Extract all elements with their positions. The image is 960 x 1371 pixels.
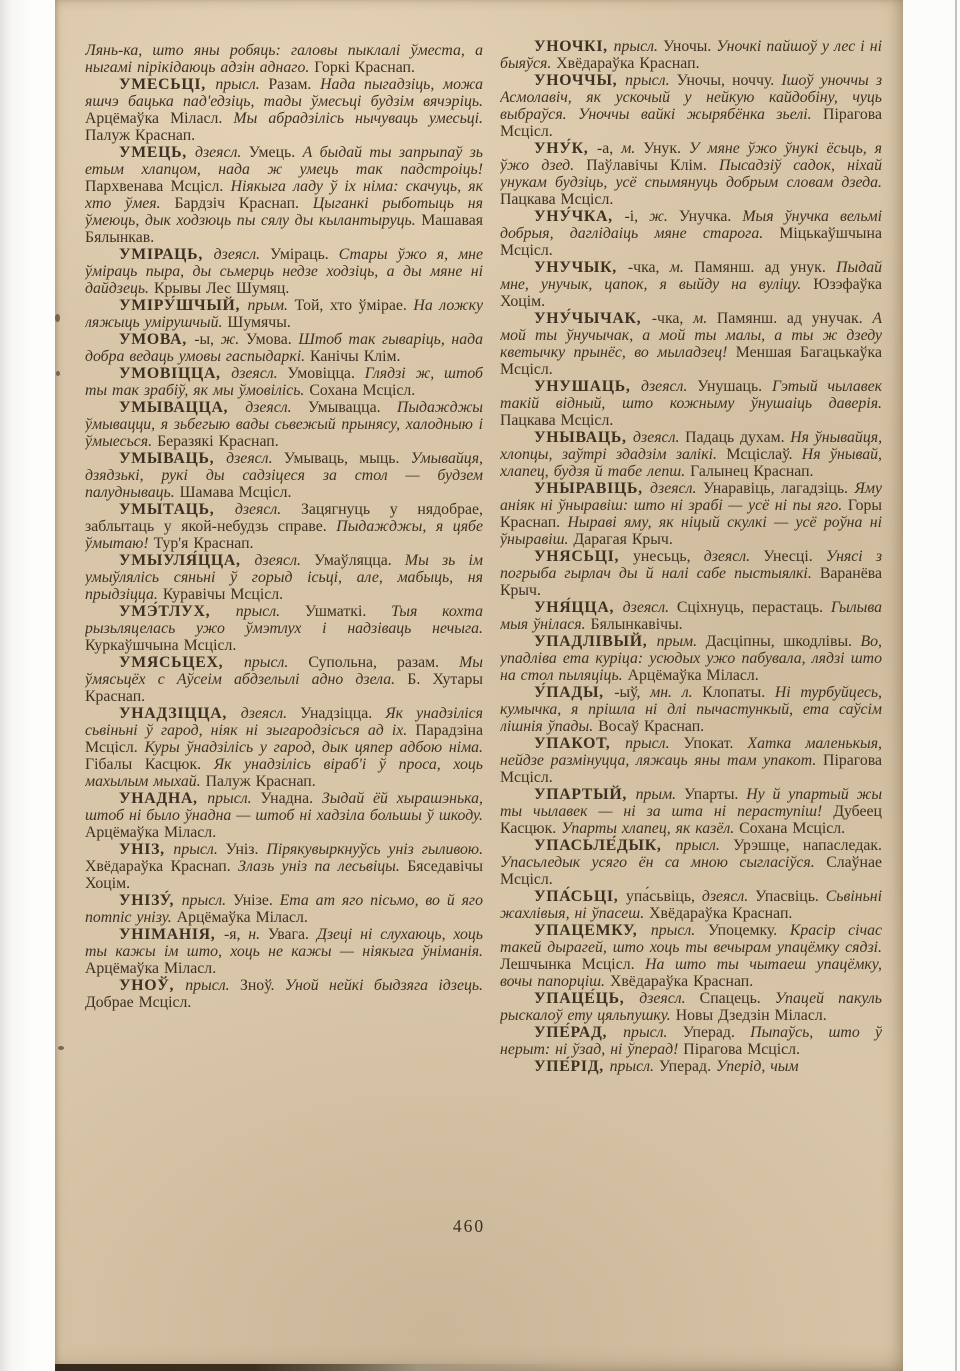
entry-text: прым. — [657, 633, 706, 650]
headword: УНУ́К, — [534, 140, 597, 157]
headword: УНІЗУ́, — [119, 892, 182, 909]
scan-speck — [56, 371, 60, 376]
headword: УМІРАЦЬ, — [119, 246, 214, 263]
headword: УНЫВАЦЬ, — [534, 429, 633, 446]
entry-text: Урэшце, напаследак. — [733, 837, 882, 854]
dictionary-entry: УНІМАНІЯ, -я, н. Увага. Дзеці ні слухаюц… — [85, 926, 483, 977]
entry-text: ж. — [221, 331, 246, 348]
entry-text: дзеясл. — [255, 552, 315, 569]
entry-text: Уперад. — [659, 1058, 716, 1075]
entry-text: Горкі Краснап. — [314, 59, 415, 76]
entry-text: Пацкава Мсцісл. — [500, 412, 613, 429]
dictionary-entry: УПЕ́РАД, прысл. Уперад. Пыпаўсь, што ў н… — [500, 1024, 882, 1058]
entry-text: Восаў Краснап. — [598, 718, 704, 735]
dictionary-entry: УМЫВАЦЬ, дзеясл. Умываць, мыць. Умывайця… — [85, 450, 483, 501]
headword: УМЯСЬЦЕХ, — [119, 654, 244, 671]
dictionary-entry: УНАДЗІЦЦА, дзеясл. Унадзіцца. Як унадзіл… — [85, 705, 483, 790]
entry-text: прысл. — [244, 654, 308, 671]
dictionary-entry: УНУ́ЧЫЧАК, -чка, м. Памянш. ад унучак. А… — [500, 310, 882, 378]
scan-left-margin — [0, 0, 55, 1371]
entry-text: дзеясл. — [633, 429, 685, 446]
entry-text: дзеясл. — [231, 365, 287, 382]
dictionary-entry: УМЕСЬЦІ, прысл. Разам. Нада пыгадзіць, м… — [85, 76, 483, 144]
entry-text: Уной нейкі быдзяга ідзець. — [285, 977, 483, 994]
entry-text: ж. — [649, 208, 679, 225]
entry-text: н. — [248, 926, 268, 943]
entry-text: прысл. — [614, 38, 663, 55]
dictionary-entry: УНЫВАЦЬ, дзеясл. Падаць духам. Ня ўнывай… — [500, 429, 882, 480]
entry-text: дзеясл. — [195, 144, 249, 161]
entry-text: Супольна, разам. — [308, 654, 459, 671]
entry-text: Шамава Мсцісл. — [180, 484, 292, 501]
entry-text: Пірякувыркнуўсь уніз гыливою. — [266, 841, 483, 858]
entry-text: Хвёдараўка Краснап. — [556, 55, 699, 72]
scan-speck — [58, 1046, 64, 1050]
entry-text: Упокат. — [684, 735, 748, 752]
entry-text: Упасвіць. — [755, 888, 826, 905]
dictionary-entry: Лянь-ка, што яны робяць: галовы пыклалі … — [85, 42, 483, 76]
entry-text: -а, — [597, 140, 621, 157]
headword: УНАДНА, — [119, 790, 207, 807]
entry-text: Куры ўнадзілісь у гарод, дык цяпер адбою… — [144, 739, 483, 756]
entry-text: -чка, — [652, 310, 693, 327]
entry-text: прысл. — [236, 603, 305, 620]
dictionary-entry: УПАЦЕ́ЦЬ, дзеясл. Спацець. Упацей пакуль… — [500, 990, 882, 1024]
entry-text: Хвёдараўка Краснап. — [610, 973, 753, 990]
dictionary-entry: УНОЧКІ, прысл. Уночы. Уночкі пайшоў у ле… — [500, 38, 882, 72]
dictionary-entry: УМІРУ́ШЧЫЙ, прым. Той, хто ўмірае. На ло… — [85, 297, 483, 331]
entry-text: прысл. — [625, 72, 677, 89]
dictionary-entry: УНУЧЫК, -чка, м. Памянш. ад унук. Пыдай … — [500, 259, 882, 310]
headword: УНІМАНІЯ, — [119, 926, 224, 943]
entry-text: Уночы. — [663, 38, 716, 55]
headword: УПЕ́РАД, — [534, 1024, 623, 1041]
headword: УПЕ́РІД, — [534, 1058, 610, 1075]
dictionary-entry: УМЯСЬЦЕХ, прысл. Супольна, разам. Мы ўмя… — [85, 654, 483, 705]
dictionary-entry: УПЕ́РІД, прысл. Уперад. Уперід, чым — [500, 1058, 882, 1075]
dictionary-entry: УНІЗ, прысл. Уніз. Пірякувыркнуўсь уніз … — [85, 841, 483, 892]
entry-text: Унесці. — [763, 548, 826, 565]
entry-text: Той, хто ўмірае. — [295, 297, 414, 314]
entry-text: Клопаты. — [702, 684, 775, 701]
entry-text: Сохана Мсцісл. — [309, 382, 415, 399]
entry-text: дзеясл. — [704, 548, 764, 565]
entry-text: Увага. — [268, 926, 317, 943]
entry-text: Палуж Краснап. — [85, 127, 195, 144]
headword: УМЕСЬЦІ, — [119, 76, 215, 93]
entry-text: прысл. — [610, 1058, 659, 1075]
entry-text: Уперад. — [683, 1024, 750, 1041]
entry-text: Памянш. ад унук. — [694, 259, 836, 276]
entry-text: дзеясл. — [639, 990, 699, 1007]
entry-text: Дасціпны, шкодлівы. — [706, 633, 861, 650]
entry-text: Арцёмаўка Міласл. — [85, 110, 233, 127]
entry-text: м. — [621, 140, 643, 157]
entry-text: Сціхнуць, перастаць. — [677, 599, 831, 616]
headword: УПАЦЕ́ЦЬ, — [534, 990, 639, 1007]
entry-text: -ыў, — [614, 684, 650, 701]
entry-text: Пірагова Мсцісл. — [683, 1041, 800, 1058]
entry-text: Крывы Лес Шумяц. — [154, 280, 289, 297]
entry-text: Мы абрадзілісь нычуваць умесьці. — [233, 110, 483, 127]
headword: УНУШАЦЬ, — [534, 378, 641, 395]
dictionary-entry: УМЫВАЦЦА, дзеясл. Умывацца. Пыдажджы ўмы… — [85, 399, 483, 450]
right-column: УНОЧКІ, прысл. Уночы. Уночкі пайшоў у ле… — [500, 38, 882, 1298]
headword: УНУ́ЧКА, — [534, 208, 625, 225]
dictionary-entry: УПА́СЬЦІ, упа́сьвіць, дзеясл. Упасвіць. … — [500, 888, 882, 922]
dictionary-entry: УНОЧЧЫ, прысл. Уночы, ноччу. Ішоў уноччы… — [500, 72, 882, 140]
entry-text: -чка, — [628, 259, 670, 276]
headword: УПАРТЫЙ, — [534, 786, 636, 803]
entry-text: Дарагая Крыч. — [573, 531, 672, 548]
entry-text: Бялынкавічы. — [591, 616, 683, 633]
dictionary-entry: УМЭ́ТЛУХ, прысл. Ушматкі. Тыя кохта рызь… — [85, 603, 483, 654]
dictionary-entry: УМЕЦЬ, дзеясл. Умець. А быдай ты запрыпа… — [85, 144, 483, 246]
entry-text: Тур'я Краснап. — [154, 535, 254, 552]
entry-text: Куравічы Мсцісл. — [163, 586, 283, 603]
entry-text: Лешчынка Мсцісл. — [500, 956, 645, 973]
entry-text: Добрае Мсцісл. — [85, 994, 191, 1011]
entry-text: дзеясл. — [226, 450, 284, 467]
entry-text: Канічы Клім. — [310, 348, 400, 365]
entry-text: прысл. — [625, 735, 683, 752]
entry-text: -ы, — [194, 331, 220, 348]
headword: УМІРУ́ШЧЫЙ, — [119, 297, 247, 314]
headword: УПАЦЕМКУ, — [534, 922, 651, 939]
book-page: Лянь-ка, што яны робяць: галовы пыклалі … — [55, 0, 903, 1371]
entry-text: Гібалы Касцюк. — [85, 756, 214, 773]
headword: УНЫРАВІЦЬ, — [534, 480, 650, 497]
entry-text: Унушаць. — [697, 378, 772, 395]
dictionary-entry: УНІЗУ́, прысл. Унізе. Ета ат яго пісьмо,… — [85, 892, 483, 926]
entry-text: Ушматкі. — [305, 603, 391, 620]
headword: УМОВА, — [119, 331, 194, 348]
dictionary-entry: УМІРАЦЬ, дзеясл. Уміраць. Стары ўжо я, м… — [85, 246, 483, 297]
page-number: 460 — [439, 1216, 499, 1237]
entry-text: Унадзіцца. — [300, 705, 385, 722]
entry-text: Умовіцца. — [287, 365, 364, 382]
entry-text: Злазь уніз па лесьвіцы. — [238, 858, 407, 875]
dictionary-entry: УНУШАЦЬ, дзеясл. Унушаць. Гэтый чылавек … — [500, 378, 882, 429]
dictionary-entry: УПАКОТ, прысл. Упокат. Хатка маленькыя, … — [500, 735, 882, 786]
entry-text: унесьць, — [633, 548, 704, 565]
headword: УНЯСЬЦІ, — [534, 548, 633, 565]
entry-text: мн. л. — [650, 684, 702, 701]
entry-text: Умаўляцца. — [314, 552, 405, 569]
headword: УПАДЛІВЫЙ, — [534, 633, 657, 650]
entry-text: Арцёмаўка Міласл. — [85, 824, 216, 841]
entry-text: Лянь-ка, што яны робяць: галовы пыклалі … — [85, 42, 483, 76]
entry-text: Беразякі Краснап. — [157, 433, 279, 450]
entry-text: Уночы, ноччу. — [677, 72, 782, 89]
entry-text: Сохана Мсцісл. — [739, 820, 845, 837]
headword: УМЕЦЬ, — [119, 144, 195, 161]
dictionary-entry: УМОВІЦЦА, дзеясл. Умовіцца. Глядзі ж, шт… — [85, 365, 483, 399]
entry-text: Уніз. — [226, 841, 267, 858]
entry-text: Спацець. — [700, 990, 775, 1007]
entry-text: Упасьледык усяго ён са мною сыгласіўся. — [500, 854, 826, 871]
entry-text: прысл. — [215, 76, 268, 93]
entry-text: дзеясл. — [702, 888, 755, 905]
entry-text: Новы Дзедзін Міласл. — [676, 1007, 827, 1024]
entry-text: Палуж Краснап. — [206, 773, 316, 790]
entry-text: Паўлавічы Клім. — [586, 157, 719, 174]
headword: УМЫТАЦЬ, — [119, 501, 235, 518]
headword: УНІЗ, — [119, 841, 173, 858]
dictionary-entry: УПАЦЕМКУ, прысл. Упоцемку. Красір січас … — [500, 922, 882, 990]
entry-text: м. — [670, 259, 694, 276]
entry-text: Мсціслаў. — [726, 446, 801, 463]
entry-text: дзеясл. — [650, 480, 703, 497]
entry-text: Упарты. — [684, 786, 746, 803]
entry-text: Хвёдараўка Краснап. — [85, 858, 238, 875]
entry-text: Умываць, мыць. — [284, 450, 411, 467]
dictionary-entry: УПАДЛІВЫЙ, прым. Дасціпны, шкодлівы. Во,… — [500, 633, 882, 684]
entry-text: упа́сьвіць, — [626, 888, 702, 905]
entry-text: прысл. — [185, 977, 240, 994]
entry-text: Унучка. — [679, 208, 743, 225]
scan-speck — [55, 314, 60, 322]
dictionary-entry: УМЫТАЦЬ, дзеясл. Зацягнуць у нядобрае, з… — [85, 501, 483, 552]
headword: УНУ́ЧЫЧАК, — [534, 310, 652, 327]
dictionary-entry: УНОЎ, прысл. Зноў. Уной нейкі быдзяга ід… — [85, 977, 483, 1011]
headword: УНАДЗІЦЦА, — [119, 705, 241, 722]
entry-text: прысл. — [173, 841, 225, 858]
entry-text: Умова. — [246, 331, 299, 348]
entry-text: Бардзіч Краснап. — [174, 195, 312, 212]
entry-text: Падаць духам. — [685, 429, 790, 446]
entry-text: Разам. — [268, 76, 320, 93]
entry-text: дзеясл. — [214, 246, 270, 263]
headword: УНУЧЫК, — [534, 259, 628, 276]
entry-text: Унізе. — [233, 892, 280, 909]
entry-text: Унук. — [643, 140, 689, 157]
entry-text: прысл. — [182, 892, 233, 909]
headword: УМЫУЛЯ́ЦЦА, — [119, 552, 255, 569]
dictionary-entry: УМОВА, -ы, ж. Умова. Штоб так гываріць, … — [85, 331, 483, 365]
headword: УМОВІЦЦА, — [119, 365, 231, 382]
headword: УМЫВАЦЬ, — [119, 450, 226, 467]
entry-text: прысл. — [207, 790, 260, 807]
entry-text: -я, — [224, 926, 248, 943]
headword: УНОЎ, — [119, 977, 185, 994]
scan-edge-line — [955, 0, 957, 1371]
entry-text: м. — [693, 310, 717, 327]
dictionary-entry: У́ПАДЫ, -ыў, мн. л. Клопаты. Ні турбуйце… — [500, 684, 882, 735]
page-bottom-shadow — [55, 1364, 575, 1371]
headword: УМЫВАЦЦА, — [119, 399, 245, 416]
entry-text: Унаравіць, лагадзіць. — [703, 480, 855, 497]
dictionary-entry: УПАРТЫЙ, прым. Упарты. Ну й упартый жы т… — [500, 786, 882, 837]
entry-text: Пархвенава Мсцісл. — [85, 178, 231, 195]
scan-right-margin — [903, 0, 960, 1371]
scanned-dictionary-page: { "page_number": "460", "colors": { "pap… — [0, 0, 960, 1371]
entry-text: Куркаўшчына Мсцісл. — [85, 637, 236, 654]
headword: УНЯ́ЦЦА, — [534, 599, 623, 616]
dictionary-entry: УНУ́К, -а, м. Унук. У мяне ўжо ўнукі ёсь… — [500, 140, 882, 208]
dictionary-entry: УНЯ́ЦЦА, дзеясл. Сціхнуць, перастаць. Гы… — [500, 599, 882, 633]
entry-text: дзеясл. — [245, 399, 308, 416]
entry-text: Арцёмаўка Міласл. — [628, 667, 759, 684]
entry-text: Упарты хлапец, як казёл. — [561, 820, 739, 837]
entry-text: прысл. — [623, 1024, 683, 1041]
entry-text: Уперід, чым — [716, 1058, 799, 1075]
dictionary-entry: УНЯСЬЦІ, унесьць, дзеясл. Унесці. Унясі … — [500, 548, 882, 599]
headword: УПАКОТ, — [534, 735, 625, 752]
headword: УНОЧКІ, — [534, 38, 614, 55]
entry-text: Уміраць. — [270, 246, 339, 263]
headword: УНОЧЧЫ, — [534, 72, 625, 89]
dictionary-entry: УНЫРАВІЦЬ, дзеясл. Унаравіць, лагадзіць.… — [500, 480, 882, 548]
entry-text: Упоцемку. — [708, 922, 790, 939]
entry-text: Унадна. — [260, 790, 322, 807]
entry-text: аць. — [148, 484, 180, 501]
dictionary-entry: УНАДНА, прысл. Унадна. Зыдай ёй хырашэнь… — [85, 790, 483, 841]
dictionary-entry: УМЫУЛЯ́ЦЦА, дзеясл. Умаўляцца. Мы зь ім … — [85, 552, 483, 603]
entry-text: прысл. — [676, 837, 734, 854]
headword: УПА́СЬЦІ, — [534, 888, 626, 905]
headword: УПАСЬЛЕ́ДЫК, — [534, 837, 676, 854]
entry-text: дзеясл. — [235, 501, 301, 518]
entry-text: Арцёмаўка Міласл. — [177, 909, 308, 926]
entry-text: дзеясл. — [623, 599, 677, 616]
entry-text: Хвёдараўка Краснап. — [649, 905, 792, 922]
headword: У́ПАДЫ, — [534, 684, 614, 701]
entry-text: Шумячы. — [227, 314, 290, 331]
left-column: Лянь-ка, што яны робяць: галовы пыклалі … — [85, 42, 483, 1232]
entry-text: Пацкава Мсцісл. — [500, 191, 613, 208]
entry-text: Зноў. — [240, 977, 285, 994]
entry-text: Галынец Краснап. — [690, 463, 813, 480]
headword: УМЭ́ТЛУХ, — [119, 603, 236, 620]
entry-text: -і, — [625, 208, 650, 225]
entry-text: прым. — [247, 297, 294, 314]
entry-text: дзеясл. — [241, 705, 300, 722]
dictionary-entry: УНУ́ЧКА, -і, ж. Унучка. Мыя ўнучка вельм… — [500, 208, 882, 259]
entry-text: Памянш. ад унучак. — [717, 310, 872, 327]
entry-text: дзеясл. — [641, 378, 697, 395]
entry-text: Арцёмаўка Міласл. — [85, 960, 216, 977]
entry-text: Умець. — [249, 144, 303, 161]
entry-text: прысл. — [651, 922, 708, 939]
entry-text: Умывацца. — [308, 399, 397, 416]
entry-text: прым. — [636, 786, 684, 803]
dictionary-entry: УПАСЬЛЕ́ДЫК, прысл. Урэшце, напаследак. … — [500, 837, 882, 888]
